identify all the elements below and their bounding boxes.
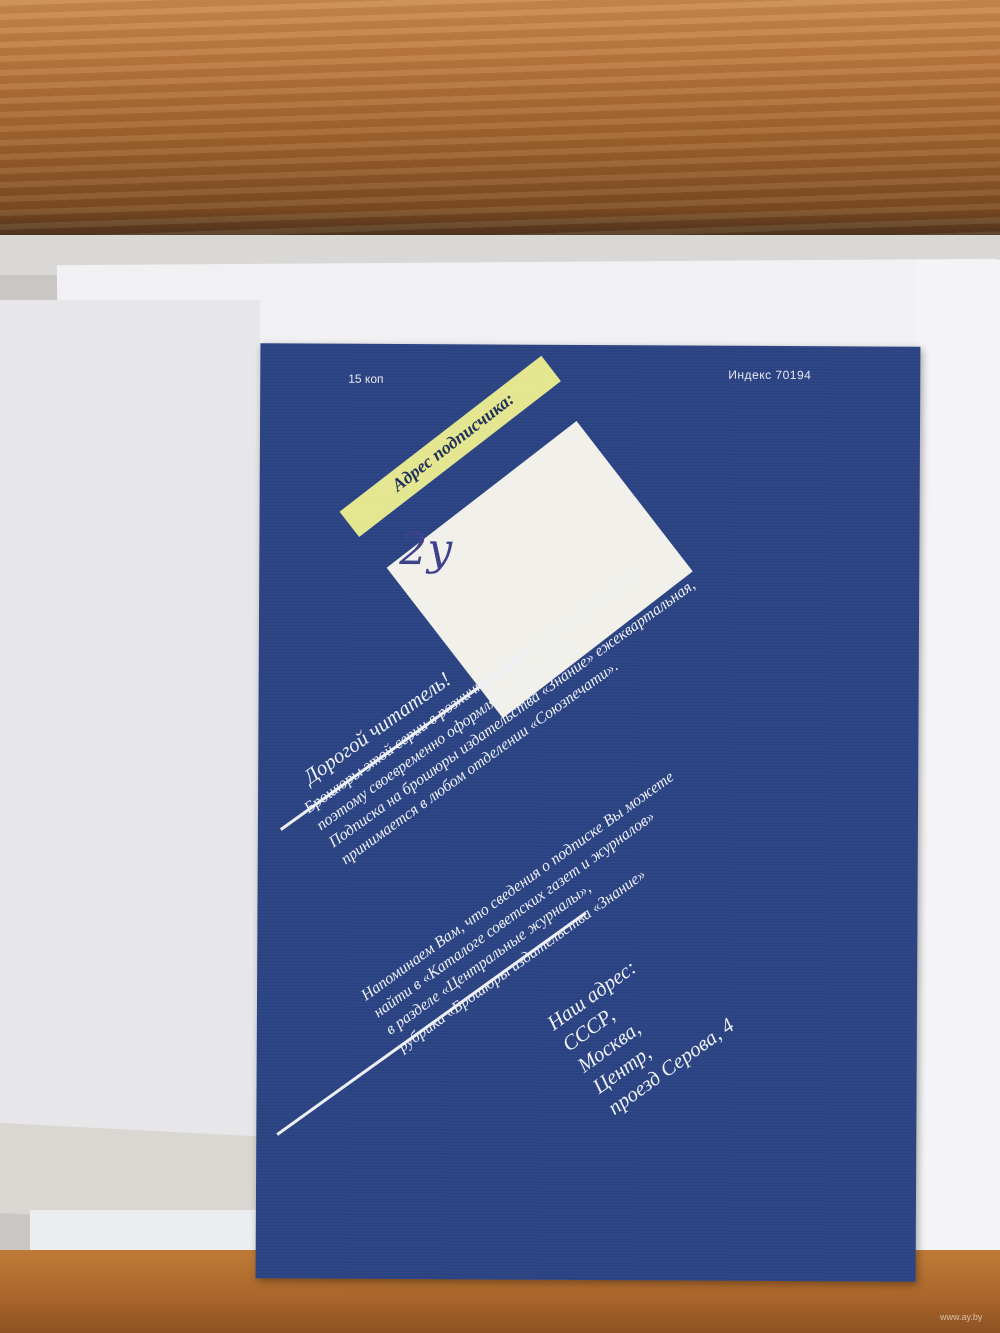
reader-note-line: принимается в любом отделении «Союзпечат… [337, 592, 712, 870]
subscriber-address-label: Адрес подписчика: 2у [299, 403, 660, 665]
address-line: Наш адрес: [542, 928, 678, 1036]
handwritten-mark: 2у [399, 524, 453, 575]
reader-note-heading: Дорогой читатель! [298, 666, 456, 789]
address-label-strip: Адрес подписчика: [340, 356, 561, 537]
reminder-line: в разделе «Центральные журналы», [382, 801, 703, 1040]
reminder-line: найти в «Каталоге советских газет и журн… [369, 784, 690, 1023]
reminder-line: рубрика «Брошюры издательства «Знание» [394, 818, 715, 1057]
publisher-address: Наш адрес: СССР, Москва, Центр, проезд С… [542, 928, 739, 1121]
reader-note-body: Брошюры этой серии в розничную продажу н… [300, 541, 712, 870]
address-line: Центр, [587, 991, 723, 1099]
reader-note-line: поэтому своевременно оформляйте подписку… [312, 558, 687, 836]
reader-note-line: Брошюры этой серии в розничную продажу н… [300, 541, 675, 819]
address-card [387, 421, 693, 718]
reader-note-line: Подписка на брошюры издательства «Знание… [325, 575, 700, 853]
address-line: СССР, [557, 949, 693, 1057]
reminder-text: Напоминаем Вам, что сведения о подписке … [357, 767, 715, 1057]
divider-rule-long [276, 912, 586, 1136]
address-label-title: Адрес подписчика: [388, 388, 519, 496]
divider-rule [280, 653, 525, 830]
white-paper-sheet-right [915, 260, 1000, 1260]
reminder-line: Напоминаем Вам, что сведения о подписке … [357, 767, 678, 1006]
price-label: 15 коп [348, 372, 383, 386]
wooden-shelf-top [0, 0, 1000, 245]
index-label: Индекс 70194 [728, 368, 811, 382]
brochure-back-cover: 15 коп Индекс 70194 Адрес подписчика: 2у… [256, 343, 921, 1281]
reader-note: Дорогой читатель! [298, 666, 456, 789]
white-paper-sheet-left [0, 300, 260, 1160]
address-line: проезд Серова, 4 [603, 1012, 739, 1120]
watermark: www.ay.by [940, 1312, 982, 1322]
address-line: Москва, [572, 970, 708, 1078]
